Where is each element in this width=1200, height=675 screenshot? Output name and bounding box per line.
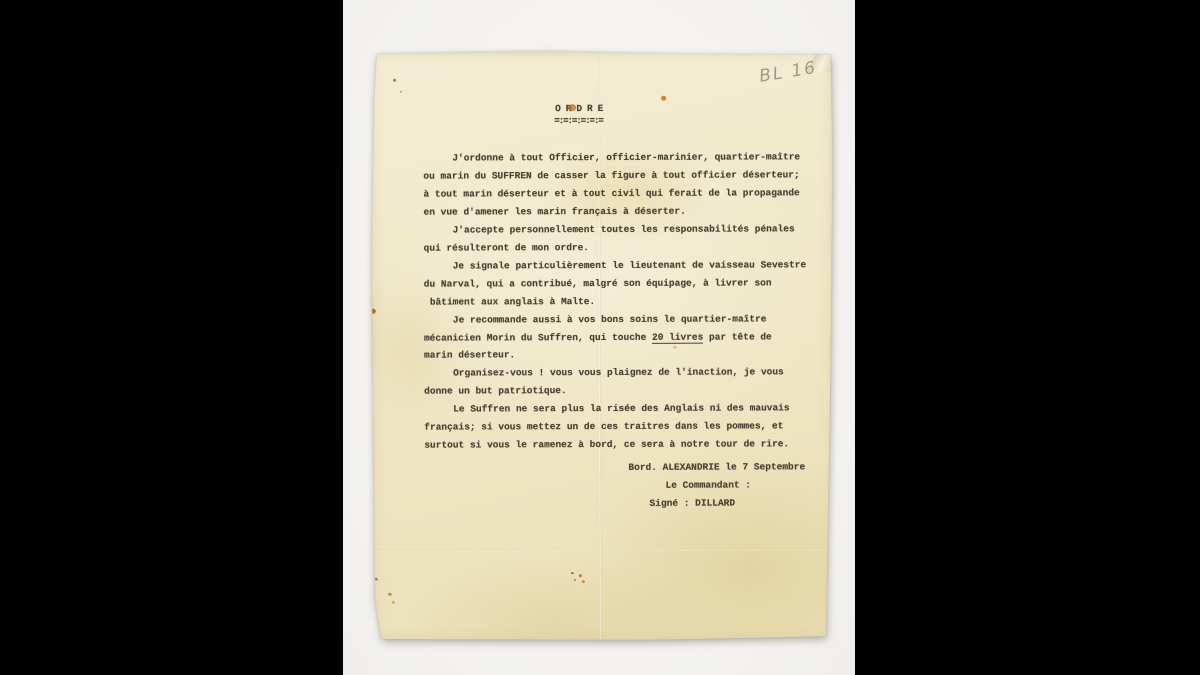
rust-stain bbox=[673, 346, 677, 349]
letter-line: bâtiment aux anglais à Malte. bbox=[424, 292, 819, 311]
title-underline: =:=:=:=:=:= bbox=[554, 115, 602, 126]
signature-block: Bord. ALEXANDRIE le 7 Septembre Le Comma… bbox=[372, 458, 833, 514]
pencil-mark: BL 16 bbox=[758, 58, 819, 87]
rust-stain bbox=[375, 578, 378, 581]
letter-line: Organisez-vous ! vous vous plaignez de l… bbox=[424, 364, 819, 383]
rust-stain bbox=[582, 580, 585, 583]
letter-line: marin déserteur. bbox=[424, 346, 819, 365]
letter-line: qui résulteront de mon ordre. bbox=[424, 238, 819, 257]
rust-stain bbox=[400, 91, 402, 93]
line-text: par tête de bbox=[703, 331, 771, 342]
letter-line: J'accepte personnellement toutes les res… bbox=[424, 220, 819, 239]
rust-stain bbox=[574, 579, 576, 581]
rust-stain bbox=[568, 104, 576, 111]
rust-stain bbox=[393, 79, 396, 82]
letter-line: ou marin du SUFFREN de casser la figure … bbox=[423, 166, 818, 185]
letter-line: surtout si vous le ramenez à bord, ce se… bbox=[424, 435, 819, 454]
letter-title: O R D R E bbox=[555, 103, 603, 114]
letterbox-right bbox=[855, 0, 1200, 675]
letter-line: du Narval, qui a contribué, malgré son é… bbox=[424, 274, 819, 293]
letter-line: J'ordonne à tout Officier, officier-mari… bbox=[423, 148, 818, 167]
letter-line: français; si vous mettez un de ces trait… bbox=[424, 418, 819, 437]
fold-crease-horizontal bbox=[373, 548, 834, 552]
rust-stain bbox=[661, 96, 666, 101]
letter-line: Le Suffren ne sera plus la risée des Ang… bbox=[424, 400, 819, 419]
signature-role: Le Commandant : bbox=[372, 476, 833, 496]
letter-body: J'ordonne à tout Officier, officier-mari… bbox=[423, 148, 819, 455]
letter-line: donne un but patriotique. bbox=[424, 382, 819, 401]
rust-stain bbox=[571, 572, 574, 574]
letter-page: BL 16 O R D R E =:=:=:=:=:= J'ordonne à … bbox=[371, 50, 834, 641]
rust-stain bbox=[388, 593, 392, 596]
photo-backdrop: BL 16 O R D R E =:=:=:=:=:= J'ordonne à … bbox=[343, 0, 855, 675]
letterbox-left bbox=[0, 0, 343, 675]
rust-stain bbox=[371, 309, 376, 314]
letter-line: Je signale particulièrement le lieutenan… bbox=[424, 256, 819, 275]
letter-line: en vue d'amener les marin français à dés… bbox=[424, 202, 819, 221]
letter-line: à tout marin déserteur et à tout civil q… bbox=[423, 184, 818, 203]
signature-name: Signé : DILLARD bbox=[373, 494, 834, 514]
line-text: mécanicien Morin du Suffren, qui touche bbox=[424, 331, 652, 343]
signature-place-date: Bord. ALEXANDRIE le 7 Septembre bbox=[372, 458, 833, 478]
underlined-amount: 20 livres bbox=[652, 331, 703, 343]
letter-line: Je recommande aussi à vos bons soins le … bbox=[424, 310, 819, 329]
letter-line: mécanicien Morin du Suffren, qui touche … bbox=[424, 328, 819, 347]
paper-shadow: BL 16 O R D R E =:=:=:=:=:= J'ordonne à … bbox=[343, 0, 855, 675]
rust-stain bbox=[579, 574, 582, 577]
rust-stain bbox=[392, 601, 395, 604]
